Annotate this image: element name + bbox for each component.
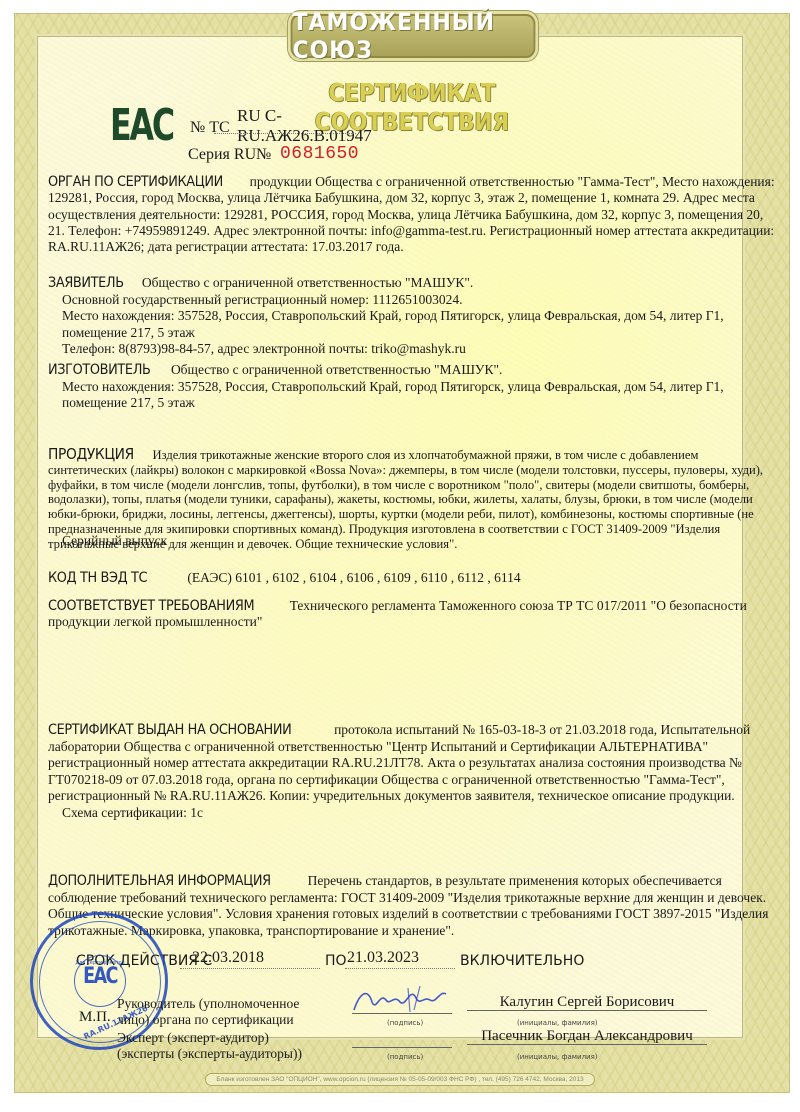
- certification-body-heading: ОРГАН ПО СЕРТИФИКАЦИИ: [48, 175, 223, 190]
- issuance-basis-section: СЕРТИФИКАТ ВЫДАН НА ОСНОВАНИИ протокола …: [48, 722, 778, 821]
- manufacturer-heading: ИЗГОТОВИТЕЛЬ: [48, 362, 150, 379]
- manufacturer-address: Место нахождения: 357528, Россия, Ставро…: [48, 379, 778, 412]
- expert-signature-line: [352, 1047, 452, 1048]
- applicant-ogrn: Основной государственный регистрационный…: [48, 292, 778, 309]
- tnved-codes: (ЕАЭС) 6101 , 6102 , 6104 , 6106 , 6109 …: [187, 570, 520, 585]
- expert-name-caption: (инициалы, фамилия): [517, 1049, 598, 1065]
- additional-info-section: ДОПОЛНИТЕЛЬНАЯ ИНФОРМАЦИЯ Перечень станд…: [48, 873, 778, 939]
- expert-role: Эксперт (эксперт-аудитор) (эксперты (экс…: [117, 1030, 317, 1062]
- conformity-heading: СООТВЕТСТВУЕТ ТРЕБОВАНИЯМ: [48, 599, 254, 614]
- validity-to-label: ПО: [325, 953, 347, 969]
- seal-caption: Для сертификатов: [75, 960, 125, 966]
- applicant-address: Место нахождения: 357528, Россия, Ставро…: [48, 308, 778, 341]
- certification-scheme: Схема сертификации: 1с: [48, 805, 778, 821]
- head-signature-caption: (подпись): [387, 1015, 423, 1031]
- validity-from-line: [180, 968, 320, 969]
- registration-underline: [214, 133, 356, 134]
- issuance-basis-heading: СЕРТИФИКАТ ВЫДАН НА ОСНОВАНИИ: [48, 723, 291, 739]
- head-signature-line: [352, 1013, 452, 1014]
- seal-place-label: М.П.: [79, 1009, 111, 1026]
- head-role-line1: Руководитель (уполномоченное: [117, 996, 317, 1012]
- tnved-section: КОД ТН ВЭД ТС (ЕАЭС) 6101 , 6102 , 6104 …: [48, 570, 778, 586]
- applicant-name: Общество с ограниченной ответственностью…: [142, 275, 473, 290]
- additional-info-heading: ДОПОЛНИТЕЛЬНАЯ ИНФОРМАЦИЯ: [48, 874, 271, 890]
- head-role: Руководитель (уполномоченное лицо) орган…: [117, 996, 317, 1028]
- blank-number-label: №: [256, 146, 271, 164]
- tnved-heading: КОД ТН ВЭД ТС: [48, 571, 147, 586]
- manufacturer-name: Общество с ограниченной ответственностью…: [171, 362, 502, 377]
- printer-imprint: Бланк изготовлен ЗАО "ОПЦИОН", www.opcio…: [205, 1073, 595, 1086]
- seal-eac-logo: ЕАС: [80, 966, 120, 988]
- conformity-section: СООТВЕТСТВУЕТ ТРЕБОВАНИЯМ Технического р…: [48, 598, 778, 631]
- series-label: Серия RU: [188, 146, 256, 164]
- serial-release-text: Серийный выпуск: [48, 533, 778, 548]
- signature-scribble-icon: [350, 982, 450, 1012]
- validity-to-line: [345, 968, 455, 969]
- expert-role-line2: (эксперты (эксперты-аудиторы)): [117, 1046, 317, 1062]
- product-heading: ПРОДУКЦИЯ: [48, 447, 134, 462]
- head-role-line2: лицо) органа по сертификации: [117, 1012, 317, 1028]
- head-name: Калугин Сергей Борисович: [467, 994, 707, 1011]
- validity-from-date: 22.03.2018: [192, 949, 264, 967]
- signature-icon: [350, 982, 450, 1016]
- expert-role-line1: Эксперт (эксперт-аудитор): [117, 1030, 317, 1046]
- expert-signature-caption: (подпись): [387, 1049, 423, 1065]
- serial-release: Серийный выпуск: [48, 533, 778, 548]
- blank-number: 0681650: [280, 144, 359, 164]
- validity-to-date: 21.03.2023: [347, 949, 419, 967]
- manufacturer-section: ИЗГОТОВИТЕЛЬ Общество с ограниченной отв…: [48, 362, 778, 412]
- applicant-section: ЗАЯВИТЕЛЬ Общество с ограниченной ответс…: [48, 275, 778, 358]
- customs-union-banner: ТАМОЖЕННЫЙ СОЮЗ: [291, 14, 536, 58]
- validity-inclusive: ВКЛЮЧИТЕЛЬНО: [460, 953, 584, 969]
- eac-logo-icon: ЕАС: [110, 100, 173, 151]
- expert-name: Пасечник Богдан Александрович: [467, 1028, 707, 1045]
- registration-number-label: № ТС: [190, 119, 230, 137]
- applicant-contacts: Телефон: 8(8793)98-84-57, адрес электрон…: [48, 341, 778, 358]
- certification-body-section: ОРГАН ПО СЕРТИФИКАЦИИ продукции Общества…: [48, 174, 778, 255]
- applicant-heading: ЗАЯВИТЕЛЬ: [48, 275, 124, 292]
- registration-number: RU C-RU.АЖ26.В.01947: [237, 106, 357, 146]
